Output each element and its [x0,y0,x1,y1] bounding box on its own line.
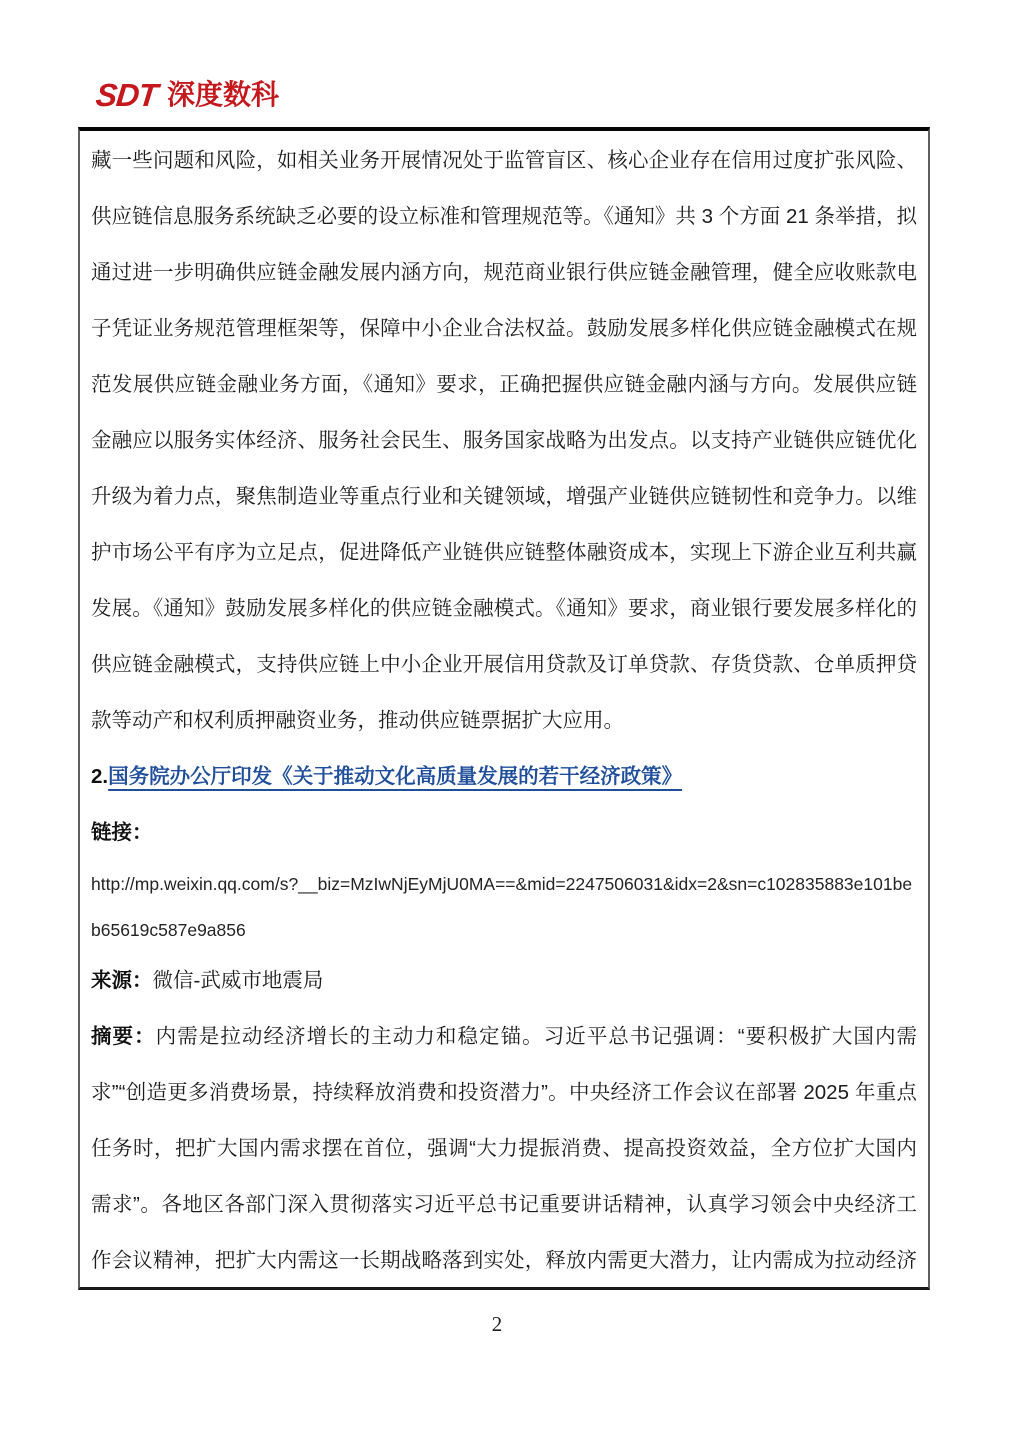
source-row: 来源：微信-武威市地震局 [91,953,917,1009]
item-2-heading: 2.国务院办公厅印发《关于推动文化高质量发展的若干经济政策》 [91,749,917,805]
brand-logo: SDT深度数科 [96,78,279,119]
source-value: 微信-武威市地震局 [153,969,324,992]
abstract-paragraph: 摘要：内需是拉动经济增长的主动力和稳定锚。习近平总书记强调：“要积极扩大国内需求… [91,1009,917,1290]
link-label: 链接： [91,805,917,861]
document-page: SDT深度数科 藏一些问题和风险，如相关业务开展情况处于监管盲区、核心企业存在信… [0,0,1014,1435]
abstract-text: 内需是拉动经济增长的主动力和稳定锚。习近平总书记强调：“要积极扩大国内需求”“创… [91,1025,917,1290]
brand-logo-name: 深度数科 [167,78,279,112]
link-url: http://mp.weixin.qq.com/s?__biz=MzIwNjEy… [91,861,917,953]
item-2-title-link[interactable]: 国务院办公厅印发《关于推动文化高质量发展的若干经济政策》 [108,765,682,788]
page-number: 2 [0,1312,994,1337]
brand-logo-abbr: SDT [94,78,159,112]
item-2-number: 2. [91,765,108,788]
body-paragraph-1: 藏一些问题和风险，如相关业务开展情况处于监管盲区、核心企业存在信用过度扩张风险、… [91,133,917,749]
abstract-label: 摘要： [91,1025,156,1048]
source-label: 来源： [91,969,153,992]
document-body-frame: 藏一些问题和风险，如相关业务开展情况处于监管盲区、核心企业存在信用过度扩张风险、… [78,127,930,1290]
